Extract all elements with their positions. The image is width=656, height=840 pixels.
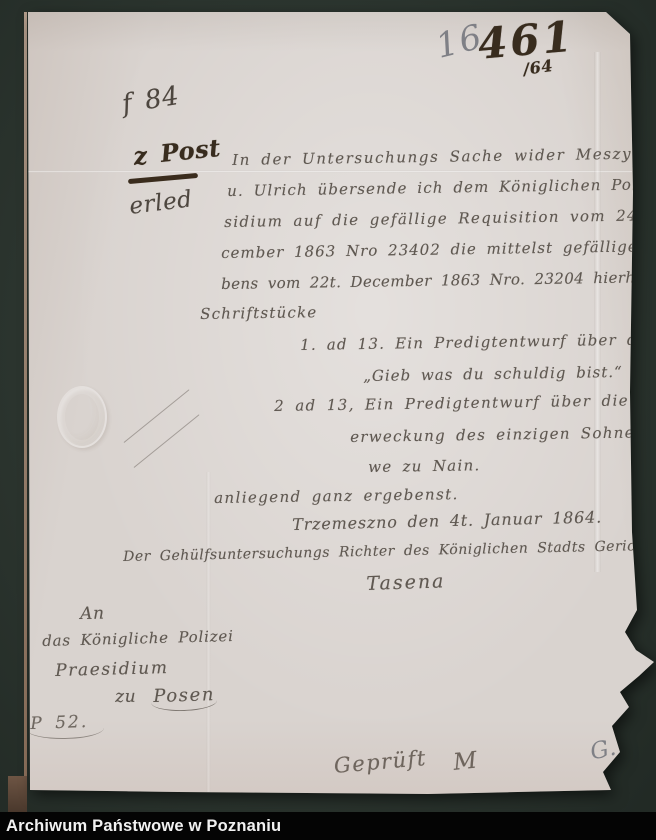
pencil-slash-1	[124, 389, 190, 443]
letter-para-line-5: bens vom 22t. December 1863 Nro. 23204 h…	[221, 267, 656, 293]
corner-initial: G.	[588, 735, 619, 766]
paper-crease-vertical-right	[594, 52, 601, 572]
check-note: Geprüft	[333, 746, 428, 778]
margin-note-post: z Post	[132, 133, 222, 171]
letter-para-line-4: cember 1863 Nro 23402 die mittelst gefäl…	[221, 236, 656, 262]
letter-para-line-3: sidium auf die gefällige Requisition vom…	[224, 206, 656, 231]
item2-line-2: erweckung des einzigen Sohnes der Witt-	[350, 422, 656, 446]
check-initial: M	[452, 747, 479, 775]
document-scan: 16 461 /64 f 84 z Post erled In der Unte…	[0, 0, 656, 840]
letter-para-line-6: Schriftstücke	[200, 303, 318, 323]
margin-note-post-underline	[128, 173, 198, 184]
letter-para-line-2: u. Ulrich übersende ich dem Königlichen …	[227, 174, 656, 200]
paper-crease-horizontal	[28, 170, 632, 173]
item1-line-1: 1. ad 13. Ein Predigtentwurf über den Te…	[300, 330, 656, 354]
dateline: Trzemeszno den 4t. Januar 1864.	[292, 507, 602, 534]
signer-title: Der Gehülfsuntersuchungs Richter des Kön…	[123, 537, 656, 565]
item2-line-3: we zu Nain.	[368, 456, 481, 476]
margin-note-erled: erled	[128, 186, 194, 220]
paper-wrapper: 16 461 /64 f 84 z Post erled In der Unte…	[0, 0, 656, 840]
file-ink-fraction: /64	[522, 56, 554, 79]
item2-line-1: 2 ad 13, Ein Predigtentwurf über die Auf…	[274, 391, 656, 415]
address-city-prefix: zu	[115, 687, 136, 707]
margin-note-f84: f 84	[120, 81, 181, 120]
signature: Tasena	[366, 570, 446, 595]
address-recipient: das Königliche Polizei	[42, 627, 234, 650]
address-praesidium: Praesidium	[55, 658, 169, 681]
paper-sheet: 16 461 /64 f 84 z Post erled In der Unte…	[28, 12, 654, 798]
embossed-seal	[57, 386, 107, 448]
archive-bar-label: Archiwum Państwowe w Poznaniu	[6, 812, 281, 840]
file-note-underline	[26, 717, 104, 739]
letter-para-line-1: In der Untersuchungs Sache wider Meszyns…	[232, 144, 656, 169]
item1-line-2: „Gieb was du schuldig bist.“ zz:	[363, 362, 656, 385]
address-an: An	[80, 604, 105, 624]
pencil-slash-2	[134, 414, 200, 468]
closing-line: anliegend ganz ergebenst.	[214, 485, 459, 507]
archive-bar: Archiwum Państwowe w Poznaniu	[0, 812, 656, 840]
